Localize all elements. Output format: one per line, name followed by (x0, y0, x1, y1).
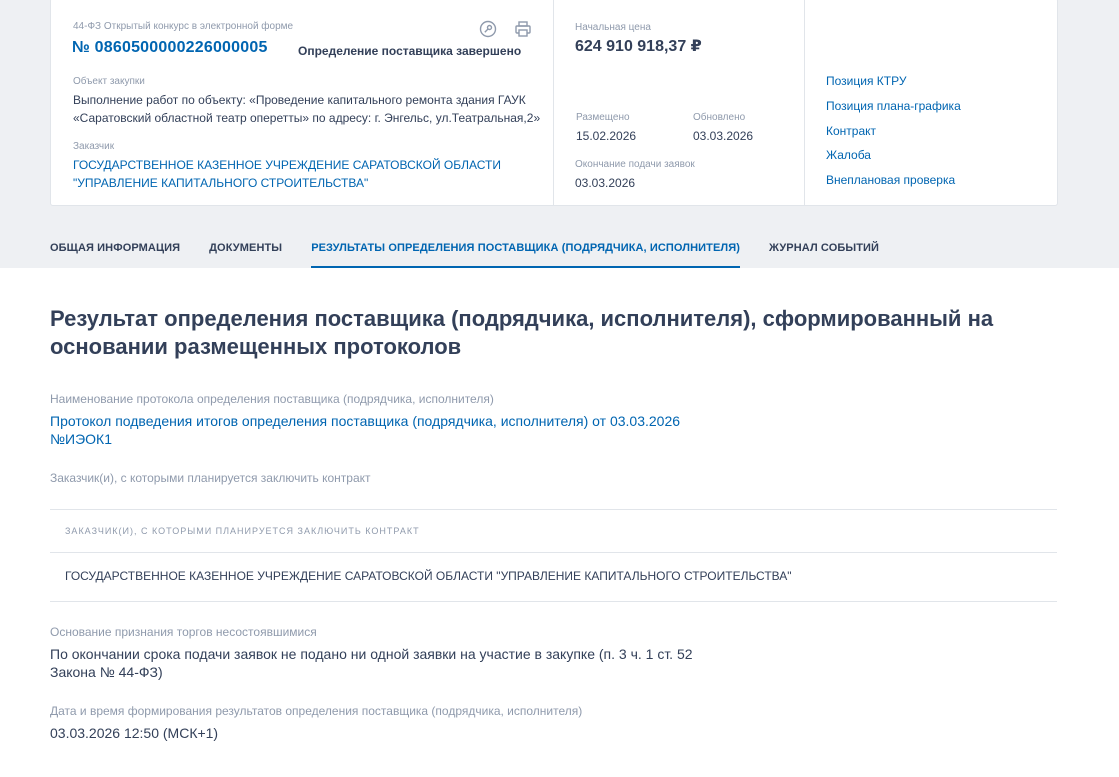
tab-documents[interactable]: Документы (209, 232, 282, 268)
tab-event-log[interactable]: Журнал событий (769, 232, 879, 268)
law-type: 44-ФЗ Открытый конкурс в электронной фор… (73, 21, 293, 32)
related-links-column: Позиция КТРУ Позиция плана-графика Контр… (805, 0, 1059, 205)
tab-general-info[interactable]: Общая информация (50, 232, 180, 268)
link-unscheduled-inspection[interactable]: Внеплановая проверка (826, 172, 961, 197)
end-date: 03.03.2026 (575, 176, 635, 190)
object-label: Объект закупки (73, 76, 145, 87)
result-datetime-value: 03.03.2026 12:50 (МСК+1) (50, 724, 730, 742)
tab-bar: Общая информация Документы Результаты оп… (50, 232, 908, 268)
initial-price: 624 910 918,37 ₽ (575, 36, 702, 56)
price-dates-column: Начальная цена 624 910 918,37 ₽ Размещен… (554, 0, 805, 205)
failure-reason-label: Основание признания торгов несостоявшими… (50, 625, 317, 639)
pin-icon[interactable] (478, 19, 498, 39)
page-title: Результат определения поставщика (подряд… (50, 305, 1030, 361)
customers-table: Заказчик(и), с которыми планируется закл… (50, 509, 1057, 602)
placed-date: 15.02.2026 (576, 129, 636, 143)
result-datetime-label: Дата и время формирования результатов оп… (50, 704, 582, 718)
placed-date-block: Размещено 15.02.2026 (576, 112, 636, 145)
link-complaint[interactable]: Жалоба (826, 147, 961, 172)
tab-supplier-results[interactable]: Результаты определения поставщика (подря… (311, 232, 740, 268)
customer-label: Заказчик (73, 141, 114, 152)
end-date-block: Окончание подачи заявок 03.03.2026 (575, 159, 695, 192)
print-icon[interactable] (513, 19, 533, 39)
updated-date: 03.03.2026 (693, 129, 753, 143)
status-badge: Определение поставщика завершено (298, 44, 521, 58)
link-contract[interactable]: Контракт (826, 123, 961, 148)
customers-label: Заказчик(и), с которыми планируется закл… (50, 471, 371, 485)
link-plan-schedule-position[interactable]: Позиция плана-графика (826, 98, 961, 123)
end-label: Окончание подачи заявок (575, 159, 695, 170)
placed-label: Размещено (576, 112, 636, 123)
protocol-link[interactable]: Протокол подведения итогов определения п… (50, 413, 680, 447)
protocol-value: Протокол подведения итогов определения п… (50, 412, 730, 448)
updated-label: Обновлено (693, 112, 753, 123)
failure-reason-text: По окончании срока подачи заявок не пода… (50, 645, 730, 681)
registry-number[interactable]: № 0860500000226000005 (72, 39, 268, 57)
related-links: Позиция КТРУ Позиция плана-графика Контр… (826, 73, 961, 197)
purchase-summary-card: 44-ФЗ Открытый конкурс в электронной фор… (50, 0, 1058, 206)
updated-date-block: Обновлено 03.03.2026 (693, 112, 753, 145)
price-label: Начальная цена (575, 22, 651, 33)
protocol-label: Наименование протокола определения поста… (50, 392, 494, 406)
purchase-info-column: 44-ФЗ Открытый конкурс в электронной фор… (51, 0, 554, 205)
customers-table-header: Заказчик(и), с которыми планируется закл… (50, 509, 1057, 553)
table-row: ГОСУДАРСТВЕННОЕ КАЗЕННОЕ УЧРЕЖДЕНИЕ САРА… (50, 553, 1057, 602)
link-ktru-position[interactable]: Позиция КТРУ (826, 73, 961, 98)
object-text: Выполнение работ по объекту: «Проведение… (73, 91, 543, 127)
header-band: 44-ФЗ Открытый конкурс в электронной фор… (0, 0, 1119, 268)
customer-link[interactable]: ГОСУДАРСТВЕННОЕ КАЗЕННОЕ УЧРЕЖДЕНИЕ САРА… (73, 156, 543, 192)
